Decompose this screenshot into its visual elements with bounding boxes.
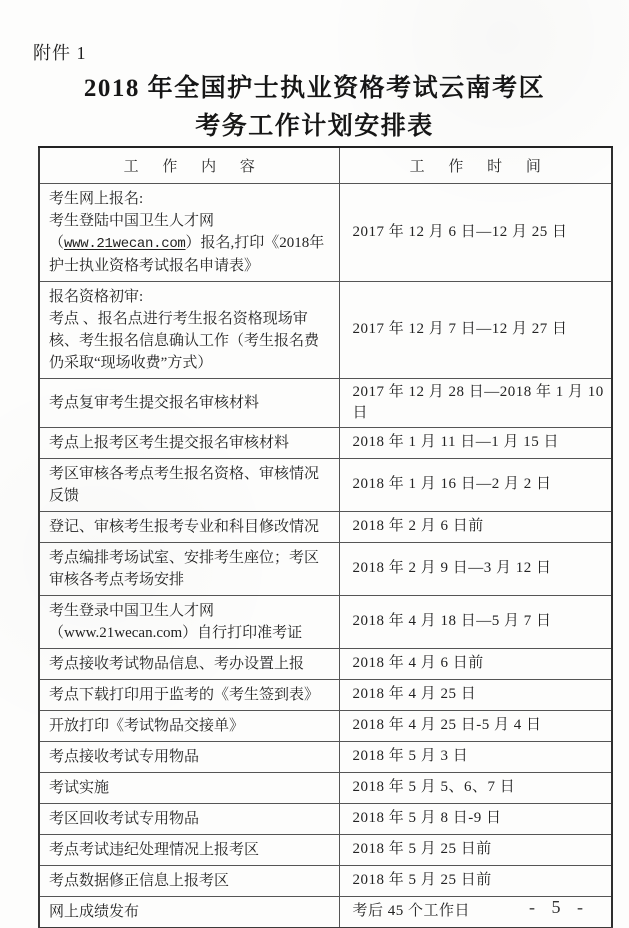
task-cell: 考点编排考场试室、安排考生座位；考区审核各考点考场安排: [39, 542, 339, 595]
task-cell: 考生网上报名: 考生登陆中国卫生人才网（www.21wecan.com）报名,打…: [39, 183, 339, 281]
table-row: 考生网上报名: 考生登陆中国卫生人才网（www.21wecan.com）报名,打…: [39, 183, 612, 281]
time-cell: 2018 年 5 月 25 日前: [339, 834, 612, 865]
time-cell: 2018 年 4 月 25 日: [339, 679, 612, 710]
document-title-line2: 考务工作计划安排表: [0, 108, 629, 146]
table-row: 考点考试违纪处理情况上报考区 2018 年 5 月 25 日前: [39, 834, 612, 865]
task-title-line: 考生网上报名:: [49, 188, 333, 210]
time-cell: 2018 年 5 月 8 日-9 日: [339, 803, 612, 834]
time-cell: 2018 年 1 月 11 日—1 月 15 日: [339, 427, 612, 458]
table-row: 考点编排考场试室、安排考生座位；考区审核各考点考场安排 2018 年 2 月 9…: [39, 542, 612, 595]
task-cell: 报名资格初审: 考点 、报名点进行考生报名资格现场审核、考生报名信息确认工作（考…: [39, 281, 339, 378]
task-cell: 考点复审考生提交报名审核材料: [39, 378, 339, 427]
table-row: 报名资格初审: 考点 、报名点进行考生报名资格现场审核、考生报名信息确认工作（考…: [39, 281, 612, 378]
table-header-row: 工 作 内 容 工 作 时 间: [39, 147, 612, 183]
time-cell: 2017 年 12 月 7 日—12 月 27 日: [339, 281, 612, 378]
task-cell: 考点接收考试物品信息、考办设置上报: [39, 648, 339, 679]
task-cell: 考点下载打印用于监考的《考生签到表》: [39, 679, 339, 710]
table-row: 考区回收考试专用物品 2018 年 5 月 8 日-9 日: [39, 803, 612, 834]
task-cell: 开放打印《考试物品交接单》: [39, 710, 339, 741]
task-title-line: 报名资格初审:: [49, 286, 333, 308]
task-cell: 考试实施: [39, 772, 339, 803]
table-row: 网上成绩发布 考后 45 个工作日: [39, 896, 612, 928]
header-work-time: 工 作 时 间: [339, 147, 612, 183]
time-cell: 2018 年 5 月 25 日前: [339, 865, 612, 896]
time-cell: 2018 年 1 月 16 日—2 月 2 日: [339, 458, 612, 511]
time-cell: 2018 年 2 月 6 日前: [339, 511, 612, 542]
table-row: 考点接收考试专用物品 2018 年 5 月 3 日: [39, 741, 612, 772]
time-cell: 2018 年 4 月 25 日-5 月 4 日: [339, 710, 612, 741]
website-url: www.21wecan.com: [64, 236, 186, 252]
time-cell: 2017 年 12 月 28 日—2018 年 1 月 10 日: [339, 378, 612, 427]
document-title-line1: 2018 年全国护士执业资格考试云南考区: [0, 70, 629, 108]
table-row: 考点复审考生提交报名审核材料 2017 年 12 月 28 日—2018 年 1…: [39, 378, 612, 427]
task-cell: 登记、审核考生报考专业和科目修改情况: [39, 511, 339, 542]
time-cell: 2018 年 4 月 6 日前: [339, 648, 612, 679]
task-body: 考点 、报名点进行考生报名资格现场审核、考生报名信息确认工作（考生报名费仍采取“…: [49, 308, 333, 374]
task-cell: 考点上报考区考生提交报名审核材料: [39, 427, 339, 458]
time-cell: 2018 年 4 月 18 日—5 月 7 日: [339, 595, 612, 648]
table-row: 考点下载打印用于监考的《考生签到表》 2018 年 4 月 25 日: [39, 679, 612, 710]
task-cell: 网上成绩发布: [39, 896, 339, 928]
task-cell: 考生登录中国卫生人才网（www.21wecan.com）自行打印准考证: [39, 595, 339, 648]
header-work-content: 工 作 内 容: [39, 147, 339, 183]
table-row: 考试实施 2018 年 5 月 5、6、7 日: [39, 772, 612, 803]
task-cell: 考点考试违纪处理情况上报考区: [39, 834, 339, 865]
time-cell: 2018 年 2 月 9 日—3 月 12 日: [339, 542, 612, 595]
table-row: 考生登录中国卫生人才网（www.21wecan.com）自行打印准考证 2018…: [39, 595, 612, 648]
document-title: 2018 年全国护士执业资格考试云南考区 考务工作计划安排表: [0, 70, 629, 146]
task-body: 考生登陆中国卫生人才网（www.21wecan.com）报名,打印《2018年护…: [49, 210, 333, 277]
exam-schedule-table: 工 作 内 容 工 作 时 间 考生网上报名: 考生登陆中国卫生人才网（www.…: [38, 146, 613, 928]
task-cell: 考点数据修正信息上报考区: [39, 865, 339, 896]
table-row: 考点接收考试物品信息、考办设置上报 2018 年 4 月 6 日前: [39, 648, 612, 679]
table-row: 考点数据修正信息上报考区 2018 年 5 月 25 日前: [39, 865, 612, 896]
task-cell: 考区审核各考点考生报名资格、审核情况反馈: [39, 458, 339, 511]
time-cell: 2018 年 5 月 3 日: [339, 741, 612, 772]
time-cell: 2018 年 5 月 5、6、7 日: [339, 772, 612, 803]
table-row: 考点上报考区考生提交报名审核材料 2018 年 1 月 11 日—1 月 15 …: [39, 427, 612, 458]
table-row: 考区审核各考点考生报名资格、审核情况反馈 2018 年 1 月 16 日—2 月…: [39, 458, 612, 511]
table-row: 开放打印《考试物品交接单》 2018 年 4 月 25 日-5 月 4 日: [39, 710, 612, 741]
task-cell: 考点接收考试专用物品: [39, 741, 339, 772]
task-cell: 考区回收考试专用物品: [39, 803, 339, 834]
time-cell: 2017 年 12 月 6 日—12 月 25 日: [339, 183, 612, 281]
page-number: - 5 -: [529, 897, 589, 918]
attachment-label: 附件 1: [33, 39, 87, 65]
table-row: 登记、审核考生报考专业和科目修改情况 2018 年 2 月 6 日前: [39, 511, 612, 542]
